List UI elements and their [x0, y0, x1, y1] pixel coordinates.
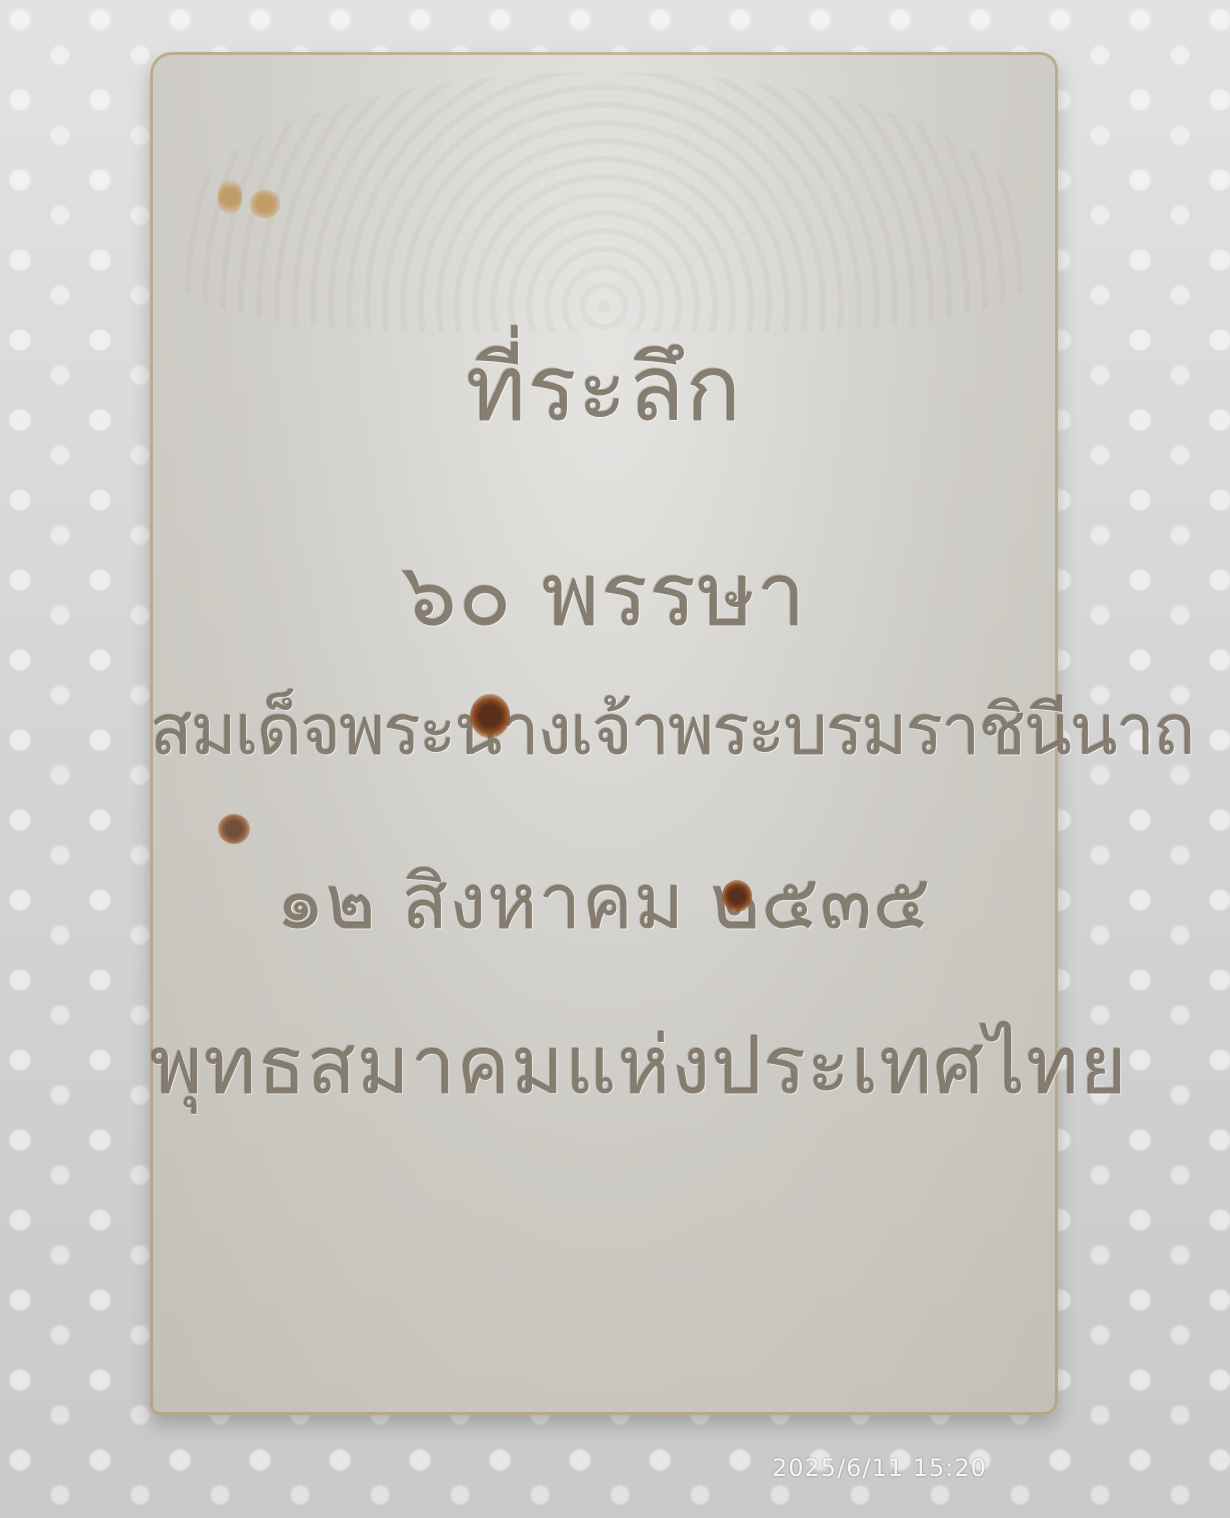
edge-stain	[218, 180, 242, 214]
edge-stain	[250, 190, 280, 218]
photo-timestamp: 2025/6/11 15:20	[772, 1454, 987, 1482]
amulet-plaque: ที่ระลึก ๖๐ พรรษา สมเด็จพระนางเจ้าพระบรม…	[150, 52, 1058, 1415]
inscription-line-4: ๑๒ สิงหาคม ๒๕๓๕	[150, 842, 1058, 962]
rust-spot	[722, 880, 752, 912]
decorative-ornament-border	[180, 72, 1028, 332]
rust-spot	[218, 814, 250, 844]
rust-spot	[470, 694, 510, 738]
inscription-line-5: พุทธสมาคมแห่งประเทศไทย	[150, 1002, 1058, 1129]
inscription-line-2: ๖๐ พรรษา	[150, 524, 1058, 664]
inscription-line-1: ที่ระลึก	[150, 314, 1058, 461]
inscription-line-3: สมเด็จพระนางเจ้าพระบรมราชินีนาถ	[150, 674, 1058, 785]
